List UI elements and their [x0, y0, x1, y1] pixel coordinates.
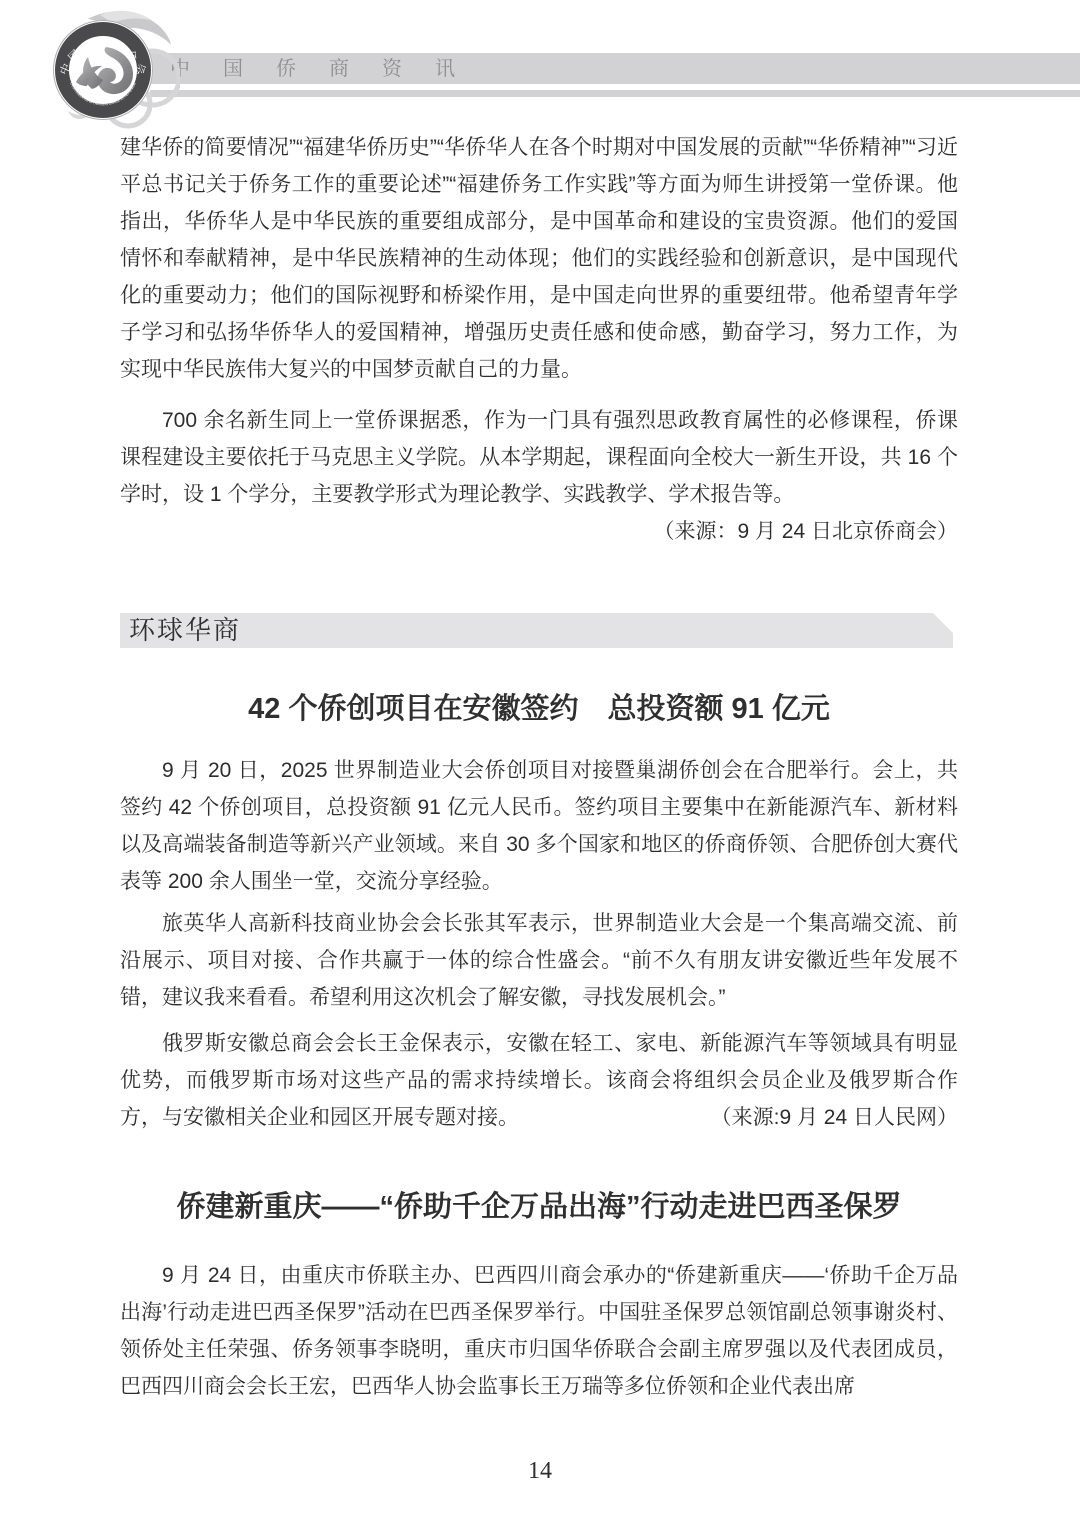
- body-paragraph: 旅英华人高新科技商业协会会长张其军表示，世界制造业大会是一个集高端交流、前沿展示…: [120, 905, 958, 1016]
- source-line: （来源：9 月 24 日北京侨商会）: [120, 513, 958, 550]
- body-paragraph: 9 月 20 日，2025 世界制造业大会侨创项目对接暨巢湖侨创会在合肥举行。会…: [120, 752, 958, 900]
- article-title: 侨建新重庆——“侨助千企万品出海”行动走进巴西圣保罗: [120, 1186, 958, 1228]
- article-title: 42 个侨创项目在安徽签约 总投资额 91 亿元: [120, 688, 958, 730]
- body-paragraph-continued: 建华侨的简要情况”“福建华侨历史”“华侨华人在各个时期对中国发展的贡献”“华侨精…: [120, 129, 958, 388]
- newsletter-page: 中国侨商资讯 中国侨商联合会: [0, 0, 1080, 1525]
- body-paragraph: 9 月 24 日，由重庆市侨联主办、巴西四川商会承办的“侨建新重庆——‘侨助千企…: [120, 1257, 958, 1405]
- section-header-band: 环球华商: [120, 613, 953, 648]
- federation-seal-icon: 中国侨商联合会 CHINA FEDERATION OF OVERSEAS CHI…: [40, 5, 180, 135]
- page-content: 建华侨的简要情况”“福建华侨历史”“华侨华人在各个时期对中国发展的贡献”“华侨精…: [120, 0, 958, 1405]
- body-paragraph: 700 余名新生同上一堂侨课据悉，作为一门具有强烈思政教育属性的必修课程，侨课课…: [120, 402, 958, 513]
- page-number: 14: [0, 1458, 1080, 1485]
- body-paragraph-with-source: 俄罗斯安徽总商会会长王金保表示，安徽在轻工、家电、新能源汽车等领域具有明显优势，…: [120, 1025, 958, 1136]
- source-line: （来源:9 月 24 日人民网）: [669, 1099, 958, 1136]
- section-title: 环球华商: [129, 616, 241, 645]
